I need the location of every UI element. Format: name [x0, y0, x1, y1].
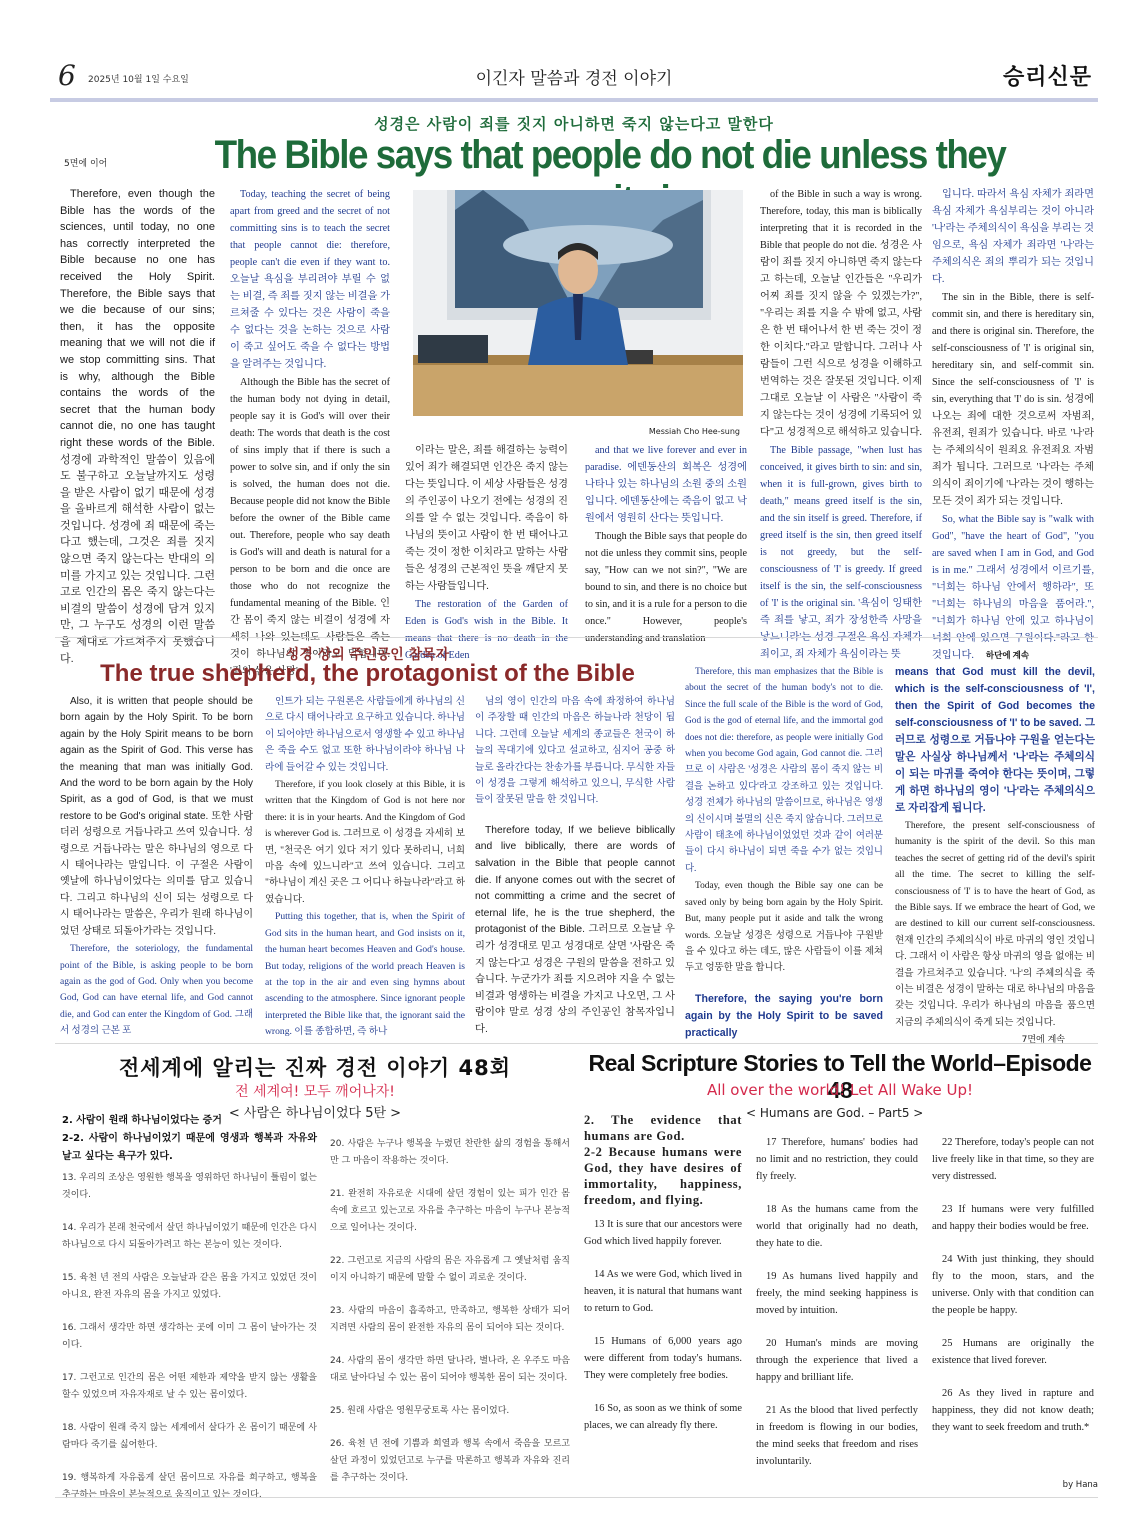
list-item: 17 Therefore, humans' bodies had no limi… — [756, 1134, 918, 1185]
article1-column-3: 이라는 말은, 죄를 해결하는 능력이 있어 죄가 해결되면 인간은 죽지 않는… — [405, 442, 568, 665]
paragraph: Therefore, if you look closely at this B… — [265, 777, 465, 908]
list-item: 20 Human's minds are moving through the … — [756, 1335, 918, 1386]
series-subtitle-en: All over the world! Let All Wake Up! — [580, 1081, 1100, 1099]
paragraph: The sin in the Bible, there is self-comm… — [932, 289, 1094, 510]
list-item: 15 Humans of 6,000 years ago were differ… — [584, 1333, 742, 1384]
paragraph: Therefore today, If we believe biblicall… — [475, 823, 675, 1039]
series-en-column-1: 2. The evidence that humans are God. 2-2… — [584, 1112, 742, 1450]
paragraph: So, what the Bible say is "walk with God… — [932, 511, 1094, 664]
article1-column-4: and that we live forever and ever in par… — [585, 442, 747, 648]
section-title: 이긴자 말씀과 경전 이야기 — [0, 64, 1148, 89]
continued-from-note: 5면에 이어 — [64, 156, 107, 169]
article2-headline-en: The true shepherd, the protagonist of th… — [55, 660, 680, 688]
paragraph: Although the Bible has the secret of the… — [230, 374, 390, 680]
paragraph: 인트가 되는 구원론은 사람들에게 하나님의 신으로 다시 태어나라고 요구하고… — [265, 694, 465, 776]
paragraph: of the Bible in such a way is wrong. The… — [760, 186, 922, 441]
article2-column-1: Also, it is written that people should b… — [60, 694, 253, 1041]
list-item: 26. 육천 년 전에 기쁨과 희열과 행복 속에서 죽음을 모르고 살던 과정… — [330, 1436, 570, 1487]
article1-column-2: Today, teaching the secret of being apar… — [230, 186, 390, 681]
list-item: 19 As humans lived happily and freely, t… — [756, 1268, 918, 1319]
series-ko-heading1: 2. 사람이 원래 하나님이었다는 증거 — [62, 1112, 317, 1130]
paragraph-text: So, what the Bible say is "walk with God… — [932, 514, 1094, 661]
section-divider — [55, 637, 1098, 638]
list-item: 19. 행복하게 자유롭게 살던 몸이므로 자유를 희구하고, 행복을 추구하는… — [62, 1470, 317, 1504]
paragraph: Today, teaching the secret of being apar… — [230, 186, 390, 373]
series-en-heading2: 2-2 Because humans were God, they have d… — [584, 1144, 742, 1208]
list-item: 23 If humans were very fulfilled and hap… — [932, 1201, 1094, 1235]
masthead-rule — [50, 98, 1098, 102]
series-ko-heading2: 2-2. 사람이 하나님이었기 때문에 영생과 행복과 자유와 날고 싶다는 욕… — [62, 1130, 317, 1166]
paragraph: 님의 영이 인간의 마음 속에 좌정하여 하나님이 주장할 때 인간의 마음은 … — [475, 694, 675, 809]
list-item: 14 As we were God, which lived in heaven… — [584, 1266, 742, 1317]
list-item: 21. 완전히 자유로운 시대에 살던 경험이 있는 피가 인간 몸속에 흐르고… — [330, 1186, 570, 1237]
list-item: 22 Therefore, today's people can not liv… — [932, 1134, 1094, 1185]
list-item: 20. 사람은 누구나 행복을 누렸던 찬란한 삶의 경험을 통해서만 그 마음… — [330, 1136, 570, 1170]
list-item: 14. 우리가 본래 천국에서 살던 하나님이었기 때문에 인간은 다시 하나님… — [62, 1220, 317, 1254]
series-en-column-3: 22 Therefore, today's people can not liv… — [932, 1134, 1094, 1452]
series-ko-column-right: 20. 사람은 누구나 행복을 누렸던 찬란한 삶의 경험을 통해서만 그 마음… — [330, 1136, 570, 1503]
list-item: 16 So, as soon as we think of some place… — [584, 1400, 742, 1434]
newspaper-brand: 승리신문 — [1003, 60, 1092, 91]
article1-column-1: Therefore, even though the Bible has the… — [60, 186, 215, 668]
list-item: 25 Humans are originally the existence t… — [932, 1335, 1094, 1369]
paragraph: Therefore, this man emphasizes that the … — [685, 664, 883, 877]
article1-headline-ko: 성경은 사람이 죄를 짓지 아니하면 죽지 않는다고 말한다 — [0, 113, 1148, 134]
bottom-divider — [55, 1497, 1098, 1498]
article2-column-5: means that God must kill the devil, whic… — [895, 664, 1095, 1049]
section-divider — [55, 1043, 1098, 1044]
paragraph: Today, even though the Bible say one can… — [685, 878, 883, 976]
series-part-en: < Humans are God. – Part5 > — [746, 1106, 923, 1120]
list-item: 24. 사람의 몸이 생각만 하면 달나라, 별나라, 온 우주도 마음대로 날… — [330, 1353, 570, 1387]
article1-column-6: 입니다. 따라서 욕심 자체가 죄라면 욕심 자체가 욕심부리는 것이 아니라 … — [932, 186, 1094, 665]
list-item: 24 With just thinking, they should fly t… — [932, 1251, 1094, 1319]
continued-page7-note: 7면에 계속 — [895, 1032, 1095, 1048]
paragraph: 입니다. 따라서 욕심 자체가 죄라면 욕심 자체가 욕심부리는 것이 아니라 … — [932, 186, 1094, 288]
article2-column-2: 인트가 되는 구원론은 사람들에게 하나님의 신으로 다시 태어나라고 요구하고… — [265, 694, 465, 1042]
list-item: 15. 육천 년 전의 사람은 오늘날과 같은 몸을 가지고 있었던 것이 아니… — [62, 1270, 317, 1304]
list-item: 13. 우리의 조상은 영원한 행복을 영위하던 하나님이 틀림이 없는 것이다… — [62, 1170, 317, 1204]
list-item: 21 As the blood that lived perfectly in … — [756, 1402, 918, 1470]
paragraph: The Bible passage, "when lust has concei… — [760, 442, 922, 663]
paragraph: Also, it is written that people should b… — [60, 694, 253, 940]
byline: by Hana — [1063, 1480, 1098, 1490]
photo-caption: Messiah Cho Hee-sung — [560, 427, 740, 436]
article1-column-5: of the Bible in such a way is wrong. The… — [760, 186, 922, 664]
paragraph: Therefore, the present self-consciousnes… — [895, 818, 1095, 1031]
series-title-ko: 전세계에 알리는 진짜 경전 이야기 48회 — [55, 1052, 575, 1082]
paragraph: Though the Bible says that people do not… — [585, 528, 747, 647]
paragraph: 이라는 말은, 죄를 해결하는 능력이 있어 죄가 해결되면 인간은 죽지 않는… — [405, 442, 568, 595]
paragraph: and that we live forever and ever in par… — [585, 442, 747, 527]
paragraph: Putting this together, that is, when the… — [265, 909, 465, 1040]
article2-column-4: Therefore, this man emphasizes that the … — [685, 664, 883, 1043]
paragraph: Therefore, even though the Bible has the… — [60, 186, 215, 667]
article2-column-3: 님의 영이 인간의 마음 속에 좌정하여 하나님이 주장할 때 인간의 마음은 … — [475, 694, 675, 1040]
series-en-column-2: 17 Therefore, humans' bodies had no limi… — [756, 1134, 918, 1486]
photo-image — [413, 190, 743, 416]
photo-messiah — [413, 190, 743, 416]
paragraph: Therefore, the saying you're born again … — [685, 991, 883, 1042]
list-item: 23. 사람의 마음이 흡족하고, 만족하고, 행복한 상태가 되어지려면 사람… — [330, 1303, 570, 1337]
list-item: 26 As they lived in rapture and happines… — [932, 1385, 1094, 1436]
list-item: 18. 사람이 원래 죽지 않는 세계에서 살다가 온 몸이기 때문에 사람마다… — [62, 1420, 317, 1454]
list-item: 16. 그래서 생각만 하면 생각하는 곳에 이미 그 몸이 날아가는 것이다. — [62, 1320, 317, 1354]
list-item: 22. 그런고로 지금의 사람의 몸은 자유롭게 그 옛날처럼 움직이지 아니하… — [330, 1253, 570, 1287]
list-item: 18 As the humans came from the world tha… — [756, 1201, 918, 1252]
series-subtitle-ko: 전 세계여! 모두 깨어나자! — [55, 1081, 575, 1101]
list-item: 25. 원래 사람은 영원무궁토록 사는 몸이었다. — [330, 1403, 570, 1420]
list-item: 17. 그런고로 인간의 몸은 어떤 제한과 제약을 받지 않는 생활을 할수 … — [62, 1370, 317, 1404]
paragraph: Therefore, the soteriology, the fundamen… — [60, 941, 253, 1039]
series-en-heading1: 2. The evidence that humans are God. — [584, 1112, 742, 1144]
series-ko-column-left: 2. 사람이 원래 하나님이었다는 증거 2-2. 사람이 하나님이었기 때문에… — [62, 1112, 317, 1520]
continued-below-note: 하단에 계속 — [986, 650, 1029, 660]
paragraph: means that God must kill the devil, whic… — [895, 664, 1095, 817]
list-item: 13 It is sure that our ancestors were Go… — [584, 1216, 742, 1250]
